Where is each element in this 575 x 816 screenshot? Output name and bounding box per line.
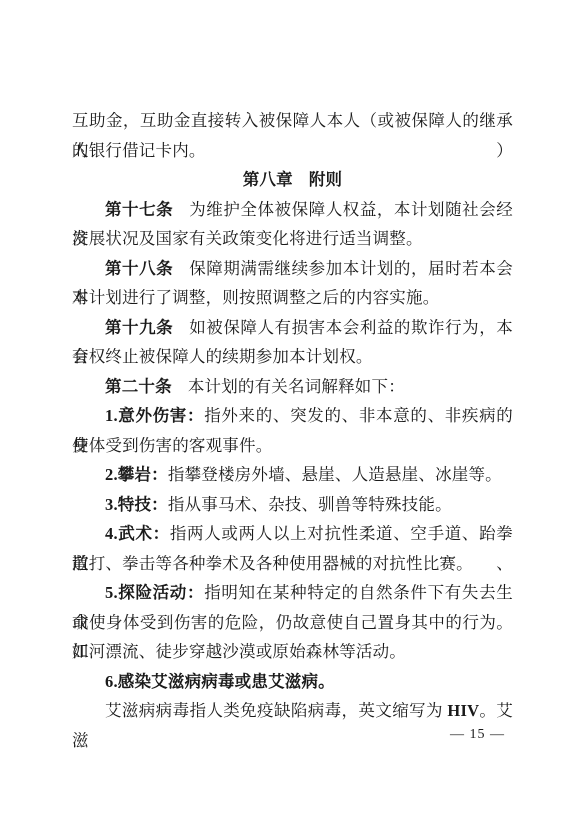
text-line: 3.特技：指从事马术、杂技、驯兽等特殊技能。 bbox=[72, 490, 513, 520]
bold-text-run: 4.武术： bbox=[105, 524, 170, 543]
document-page: 互助金，互助金直接转入被保障人本人（或被保障人的继承人）的银行借记卡内。第八章附… bbox=[0, 0, 575, 816]
text-line: 5.探险活动：指明知在某种特定的自然条件下有失去生命 bbox=[72, 578, 513, 608]
text-line: 第二十条本计划的有关名词解释如下： bbox=[72, 372, 513, 402]
text-line: 互助金，互助金直接转入被保障人本人（或被保障人的继承人） bbox=[72, 106, 513, 136]
text-run: 的银行借记卡内。 bbox=[72, 141, 206, 160]
bold-text-run: HIV bbox=[447, 701, 479, 720]
bold-text-run: 第十七条 bbox=[105, 200, 173, 219]
bold-text-run: 2.攀岩： bbox=[105, 465, 168, 484]
text-run: 本计划进行了调整，则按照调整之后的内容实施。 bbox=[72, 288, 439, 307]
text-line: 6.感染艾滋病病毒或患艾滋病。 bbox=[72, 667, 513, 697]
text-line: 第十八条保障期满需继续参加本计划的，届时若本会对 bbox=[72, 254, 513, 284]
bold-text-run: 5.探险活动： bbox=[105, 583, 204, 602]
text-line: 2.攀岩：指攀登楼房外墙、悬崖、人造悬崖、冰崖等。 bbox=[72, 460, 513, 490]
text-line: 本计划进行了调整，则按照调整之后的内容实施。 bbox=[72, 283, 513, 313]
bold-text-run: 第十九条 bbox=[105, 318, 173, 337]
text-line: 第十九条如被保障人有损害本会利益的欺诈行为，本会 bbox=[72, 313, 513, 343]
text-line: 4.武术：指两人或两人以上对抗性柔道、空手道、跆拳道、 bbox=[72, 519, 513, 549]
chapter-heading: 第八章附则 bbox=[72, 165, 513, 195]
document-text: 互助金，互助金直接转入被保障人本人（或被保障人的继承人）的银行借记卡内。第八章附… bbox=[72, 106, 513, 726]
text-run: 有权终止被保障人的续期参加本计划权。 bbox=[72, 347, 373, 366]
bold-text-run: 第十八条 bbox=[105, 259, 173, 278]
text-line: 或使身体受到伤害的危险，仍故意使自己置身其中的行为。如 bbox=[72, 608, 513, 638]
bold-text-run: 第二十条 bbox=[105, 377, 172, 396]
bold-text-run: 3.特技： bbox=[105, 495, 168, 514]
text-line: 第十七条为维护全体被保障人权益，本计划随社会经济 bbox=[72, 195, 513, 225]
bold-text-run: 1.意外伤害： bbox=[105, 406, 204, 425]
text-run: 发展状况及国家有关政策变化将进行适当调整。 bbox=[72, 229, 423, 248]
text-run: 散打、拳击等各种拳术及各种使用器械的对抗性比赛。 bbox=[72, 554, 473, 573]
text-line: 江河漂流、徒步穿越沙漠或原始森林等活动。 bbox=[72, 637, 513, 667]
text-line: 艾滋病病毒指人类免疫缺陷病毒，英文缩写为 HIV。艾滋 bbox=[72, 696, 513, 726]
text-line: 1.意外伤害：指外来的、突发的、非本意的、非疾病的使 bbox=[72, 401, 513, 431]
bold-text-run: 6.感染艾滋病病毒或患艾滋病。 bbox=[105, 672, 335, 691]
text-run: 艾滋病病毒指人类免疫缺陷病毒，英文缩写为 bbox=[105, 701, 447, 720]
text-run: 江河漂流、徒步穿越沙漠或原始森林等活动。 bbox=[72, 642, 406, 661]
bold-text-run: 附则 bbox=[309, 170, 342, 189]
text-line: 有权终止被保障人的续期参加本计划权。 bbox=[72, 342, 513, 372]
text-run: 本计划的有关名词解释如下： bbox=[188, 377, 405, 396]
text-run: 指从事马术、杂技、驯兽等特殊技能。 bbox=[168, 495, 452, 514]
bold-text-run: 第八章 bbox=[243, 170, 293, 189]
text-line: 发展状况及国家有关政策变化将进行适当调整。 bbox=[72, 224, 513, 254]
text-line: 散打、拳击等各种拳术及各种使用器械的对抗性比赛。 bbox=[72, 549, 513, 579]
page-number: — 15 — bbox=[450, 727, 505, 743]
text-run: 指攀登楼房外墙、悬崖、人造悬崖、冰崖等。 bbox=[168, 465, 502, 484]
text-line: 身体受到伤害的客观事件。 bbox=[72, 431, 513, 461]
text-run: 身体受到伤害的客观事件。 bbox=[72, 436, 272, 455]
